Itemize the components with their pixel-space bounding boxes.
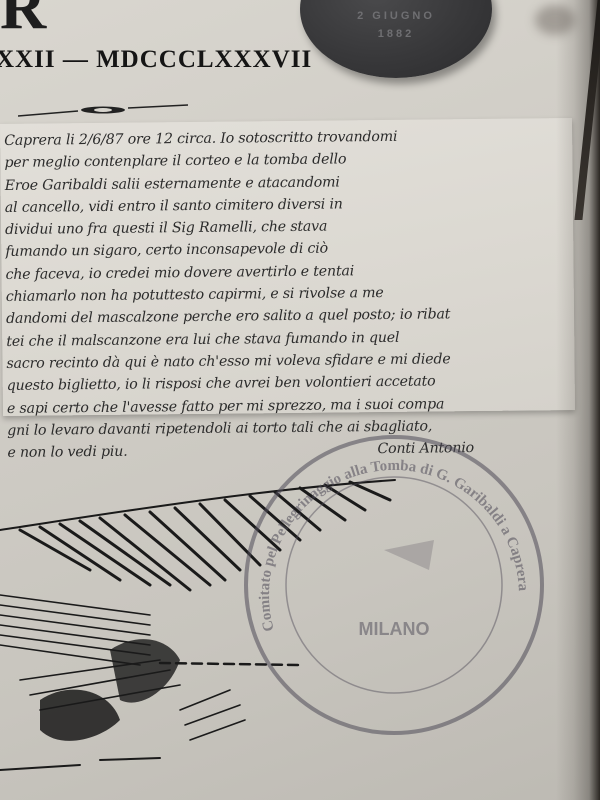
stamp-center-text: MILANO bbox=[359, 619, 430, 639]
rubber-stamp: Comitato pel Pellegrinaggio alla Tomba d… bbox=[234, 430, 554, 740]
header-title-fragment: R bbox=[0, 0, 52, 44]
frame-edge bbox=[556, 0, 600, 800]
svg-text:Comitato pel Pellegrinaggio al: Comitato pel Pellegrinaggio alla Tomba d… bbox=[257, 458, 531, 633]
stamp-outer-text: Comitato pel Pellegrinaggio alla Tomba d… bbox=[257, 458, 531, 633]
ornament-divider bbox=[18, 104, 188, 118]
handwritten-letter: Caprera li 2/6/87 ore 12 circa. Io sotos… bbox=[0, 118, 575, 416]
medal-date: 2 GIUGNO bbox=[300, 10, 492, 22]
roman-date-line: XXII — MDCCCLXXXVII bbox=[0, 46, 312, 74]
commemorative-medal: 2 GIUGNO 1882 bbox=[300, 0, 492, 78]
letter-text: Caprera li 2/6/87 ore 12 circa. Io sotos… bbox=[4, 124, 571, 464]
medal-year: 1882 bbox=[300, 28, 492, 40]
